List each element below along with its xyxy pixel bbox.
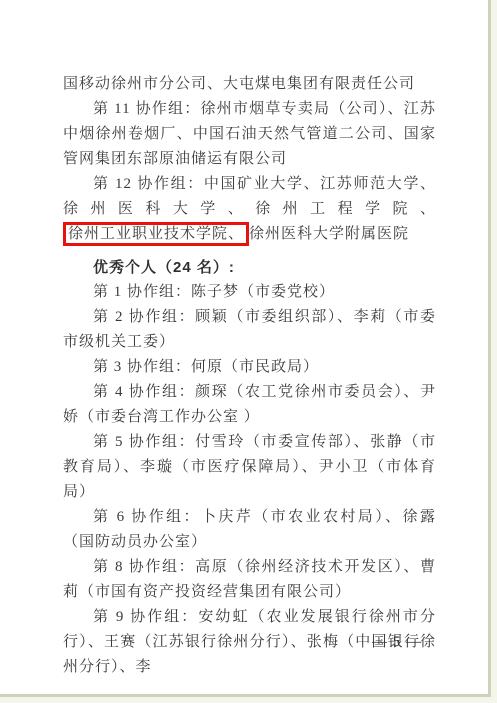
section-heading-outstanding-individuals: 优秀个人（24 名）: bbox=[63, 255, 436, 280]
paragraph-individual-group-2: 第 2 协作组：顾颖（市委组织部）、李莉（市委市级机关工委） bbox=[63, 305, 436, 355]
paragraph-individual-group-3: 第 3 协作组：何原（市民政局） bbox=[63, 355, 436, 380]
document-page: 国移动徐州市分公司、大屯煤电集团有限责任公司 第 11 协作组：徐州市烟草专卖局… bbox=[0, 0, 497, 703]
page-number: — 5 — bbox=[0, 630, 422, 655]
highlighted-text: 徐州工业职业技术学院、 bbox=[68, 226, 244, 242]
document-body: 国移动徐州市分公司、大屯煤电集团有限责任公司 第 11 协作组：徐州市烟草专卖局… bbox=[63, 72, 436, 680]
paragraph-individual-group-4: 第 4 协作组：颜琛（农工党徐州市委员会）、尹娇（市委台湾工作办公室 ） bbox=[63, 380, 436, 430]
highlight-box: 徐州工业职业技术学院、 bbox=[63, 222, 249, 246]
paragraph-individual-group-6: 第 6 协作组：卜庆芹（市农业农村局）、徐露（国防动员办公室） bbox=[63, 505, 436, 555]
paragraph-continuation: 国移动徐州市分公司、大屯煤电集团有限责任公司 bbox=[63, 72, 436, 97]
scan-margin-right bbox=[491, 0, 497, 703]
group-12-text-before: 第 12 协作组：中国矿业大学、江苏师范大学、徐州医科大学、徐州工程学院、 bbox=[63, 176, 436, 217]
scan-margin-bottom bbox=[0, 697, 497, 703]
paragraph-individual-group-1: 第 1 协作组：陈子梦（市委党校） bbox=[63, 280, 436, 305]
paragraph-group-11: 第 11 协作组：徐州市烟草专卖局（公司）、江苏中烟徐州卷烟厂、中国石油天然气管… bbox=[63, 97, 436, 172]
paragraph-individual-group-5: 第 5 协作组：付雪玲（市委宣传部）、张静（市教育局）、李璇（市医疗保障局）、尹… bbox=[63, 430, 436, 505]
group-12-text-after: 徐州医科大学附属医院 bbox=[249, 226, 409, 242]
paragraph-group-12: 第 12 协作组：中国矿业大学、江苏师范大学、徐州医科大学、徐州工程学院、徐州工… bbox=[63, 172, 436, 247]
paragraph-individual-group-8: 第 8 协作组：高原（徐州经济技术开发区）、曹莉（市国有资产投资经营集团有限公司… bbox=[63, 555, 436, 605]
